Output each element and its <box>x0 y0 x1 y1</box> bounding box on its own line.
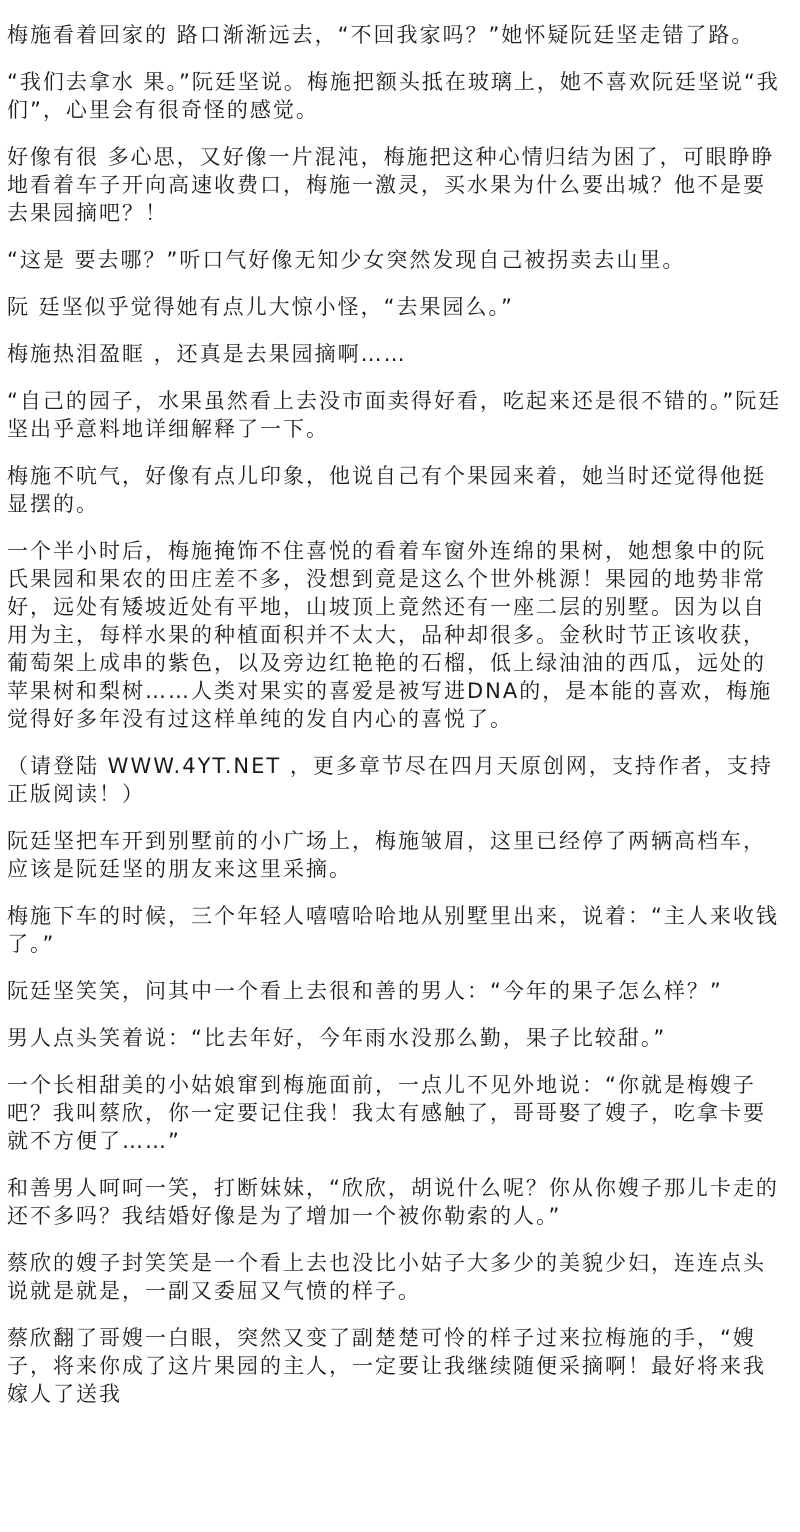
paragraph: 阮廷坚把车开到别墅前的小广场上，梅施皱眉，这里已经停了两辆高档车，应该是阮廷坚的… <box>7 827 788 883</box>
paragraph: 阮廷坚笑笑，问其中一个看上去很和善的男人：“今年的果子怎么样？” <box>7 977 788 1005</box>
paragraph: 好像有很 多心思，又好像一片混沌，梅施把这种心情归结为困了，可眼睁睁地看着车子开… <box>7 143 788 227</box>
paragraph: 蔡欣的嫂子封笑笑是一个看上去也没比小姑子大多少的美貌少妇，连连点头说就是就是，一… <box>7 1249 788 1305</box>
paragraph: “这是 要去哪？”听口气好像无知少女突然发现自己被拐卖去山里。 <box>7 246 788 274</box>
paragraph: 和善男人呵呵一笑，打断妹妹，“欣欣，胡说什么呢？你从你嫂子那儿卡走的还不多吗？我… <box>7 1174 788 1230</box>
novel-page: 梅施看着回家的 路口渐渐远去，“不回我家吗？”她怀疑阮廷坚走错了路。 “我们去拿… <box>0 0 800 1532</box>
paragraph: 梅施看着回家的 路口渐渐远去，“不回我家吗？”她怀疑阮廷坚走错了路。 <box>7 21 788 49</box>
paragraph: 梅施下车的时候，三个年轻人嘻嘻哈哈地从别墅里出来，说着：“主人来收钱了。” <box>7 902 788 958</box>
paragraph: 一个半小时后，梅施掩饰不住喜悦的看着车窗外连绵的果树，她想象中的阮氏果园和果农的… <box>7 537 788 733</box>
paragraph: 蔡欣翻了哥嫂一白眼，突然又变了副楚楚可怜的样子过来拉梅施的手，“嫂子，将来你成了… <box>7 1324 788 1408</box>
paragraph: “我们去拿水 果。”阮廷坚说。梅施把额头抵在玻璃上，她不喜欢阮廷坚说“我们”，心… <box>7 68 788 124</box>
paragraph: 一个长相甜美的小姑娘窜到梅施面前，一点儿不见外地说：“你就是梅嫂子吧？我叫蔡欣，… <box>7 1071 788 1155</box>
paragraph: 梅施热泪盈眶 ，还真是去果园摘啊…… <box>7 340 788 368</box>
paragraph-promo-notice: （请登陆 WWW.4YT.NET ，更多章节尽在四月天原创网，支持作者，支持正版… <box>7 752 788 808</box>
paragraph: 男人点头笑着说：“比去年好，今年雨水没那么勤，果子比较甜。” <box>7 1024 788 1052</box>
paragraph: 梅施不吭气，好像有点儿印象，他说自己有个果园来着，她当时还觉得他挺显摆的。 <box>7 462 788 518</box>
paragraph: 阮 廷坚似乎觉得她有点儿大惊小怪，“去果园么。” <box>7 293 788 321</box>
paragraph: “自己的园子，水果虽然看上去没市面卖得好看，吃起来还是很不错的。”阮廷坚出乎意料… <box>7 387 788 443</box>
